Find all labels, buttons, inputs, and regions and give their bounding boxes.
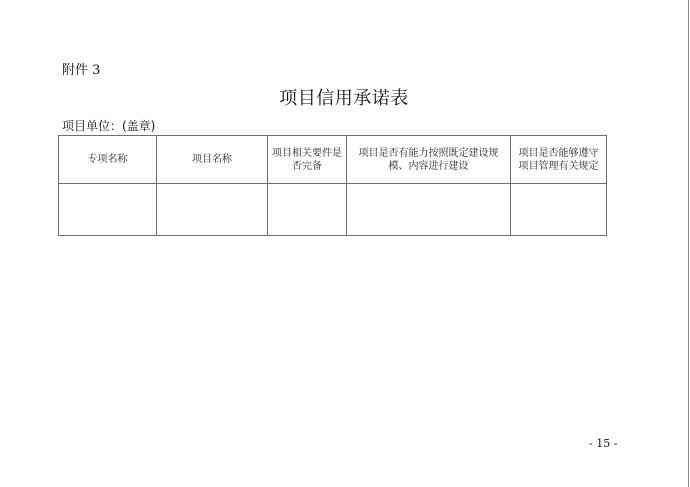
page-number: - 15 - <box>589 437 617 451</box>
project-unit-label: 项目单位：(盖章) <box>62 119 155 134</box>
table-cell[interactable] <box>157 184 268 236</box>
table-header-row: 专项名称 项目名称 项目相关要件是否完备 项目是否有能力按照既定建设规模、内容进… <box>59 136 607 184</box>
table-cell[interactable] <box>347 184 511 236</box>
table-cell[interactable] <box>59 184 157 236</box>
header-project-name: 项目名称 <box>157 136 268 184</box>
table-cell[interactable] <box>511 184 607 236</box>
header-compliance: 项目是否能够遵守项目管理有关规定 <box>511 136 607 184</box>
page-edge-divider <box>688 0 689 487</box>
credit-promise-table: 专项名称 项目名称 项目相关要件是否完备 项目是否有能力按照既定建设规模、内容进… <box>58 135 607 236</box>
header-construction-capability: 项目是否有能力按照既定建设规模、内容进行建设 <box>347 136 511 184</box>
document-title: 项目信用承诺表 <box>0 88 688 110</box>
table-cell[interactable] <box>268 184 347 236</box>
header-documents-complete: 项目相关要件是否完备 <box>268 136 347 184</box>
header-special-project-name: 专项名称 <box>59 136 157 184</box>
attachment-label: 附件 3 <box>62 63 100 79</box>
document-page: 附件 3 项目信用承诺表 项目单位：(盖章) 专项名称 项目名称 项目相关要件是… <box>0 0 688 487</box>
table-row <box>59 184 607 236</box>
